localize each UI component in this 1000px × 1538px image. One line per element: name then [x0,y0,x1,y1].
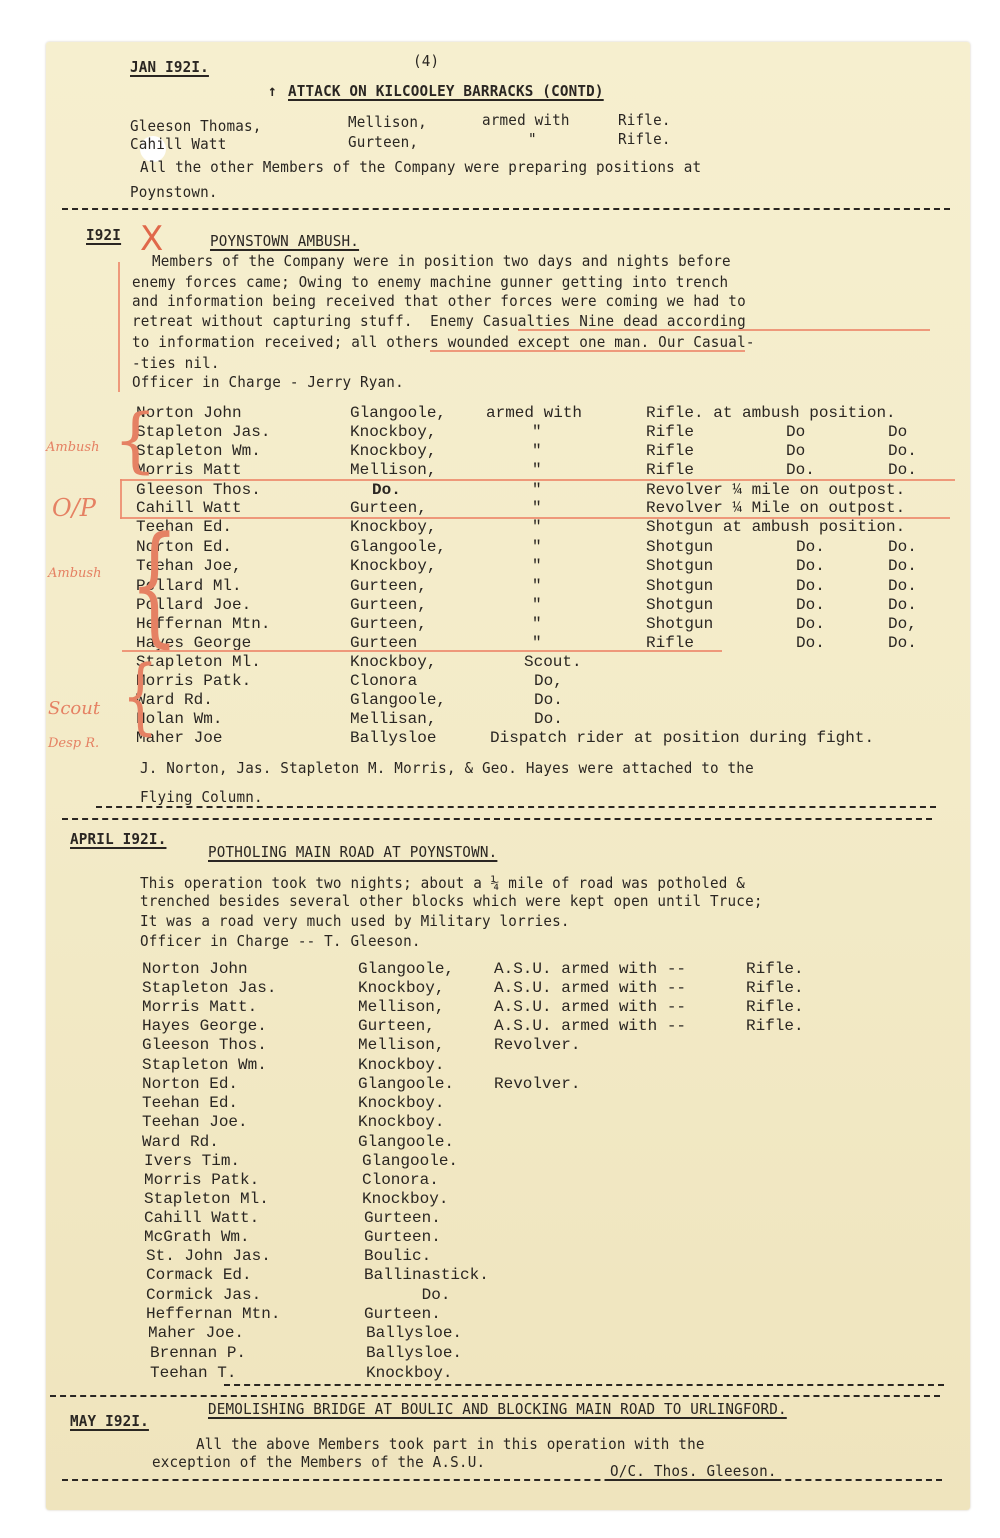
table-row: Stapleton Wm.Knockboy. [0,1056,1000,1075]
red-box-bottom [120,517,950,519]
margin-note-ambush: Ambush [48,566,101,581]
table-row: Gleeson Thos.Mellison,Revolver. [0,1036,1000,1055]
jan-title: ATTACK ON KILCOOLEY BARRACKS (CONTD) [288,82,604,101]
may-line2: exception of the Members of the A.S.U. [152,1453,485,1472]
red-box-top [120,479,955,481]
red-underline [518,329,930,331]
table-row: St. John Jas.Boulic. [0,1247,1000,1266]
margin-note-op: O/P [52,494,96,522]
table-row: Cahill Watt.Gurteen. [0,1209,1000,1228]
table-row: Norton Ed.Glangoole.Revolver. [0,1075,1000,1094]
table-row: Morris Patk.Clonora. [0,1171,1000,1190]
flying-column-line1: J. Norton, Jas. Stapleton M. Morris, & G… [140,759,754,778]
margin-note-ambush: Ambush [46,440,99,455]
red-brace: { [113,400,158,480]
divider [224,1384,944,1386]
april-date: APRIL I92I. [70,830,166,849]
divider [50,1395,940,1397]
table-row: Teehan Joe.Knockboy. [0,1113,1000,1132]
table-row: Morris Matt.Mellison,A.S.U. armed with -… [0,998,1000,1017]
red-brace: { [122,652,159,742]
may-title: DEMOLISHING BRIDGE AT BOULIC AND BLOCKIN… [208,1400,787,1419]
table-row: Stapleton Ml.Knockboy. [0,1190,1000,1209]
divider [96,806,936,808]
april-officer: Officer in Charge -- T. Gleeson. [140,932,421,951]
table-row: Cormick Jas. Do. [0,1286,1000,1305]
table-row: Brennan P.Ballysloe. [0,1344,1000,1363]
table-row: McGrath Wm.Gurteen. [0,1228,1000,1247]
red-separator [122,650,722,652]
jan-date: JAN I92I. [130,58,209,77]
divider [62,1479,942,1481]
arrow-mark-icon: ↑ [268,82,277,101]
table-row: Gleeson Thos.Do."Revolver ¼ mile on outp… [0,481,1000,500]
jan-note-line2: Poynstown. [130,183,218,202]
may-date: MAY I92I. [70,1412,149,1431]
jan-note-line1: All the other Members of the Company wer… [140,158,701,177]
table-row: Hayes George.Gurteen,A.S.U. armed with -… [0,1017,1000,1036]
ambush-date: I92I [86,226,121,245]
april-title: POTHOLING MAIN ROAD AT POYNSTOWN. [208,843,497,862]
margin-note-despatch: Desp R. [48,736,99,751]
table-row: Teehan Ed.Knockboy. [0,1094,1000,1113]
table-row: Stapleton Jas.Knockboy,A.S.U. armed with… [0,979,1000,998]
flying-column-line2: Flying Column. [140,788,263,807]
ambush-officer: Officer in Charge - Jerry Ryan. [132,373,404,392]
table-row: Teehan T.Knockboy. [0,1364,1000,1383]
divider [62,208,950,210]
page-number: (4) [413,52,439,71]
red-brace: { [130,514,180,654]
red-underline [430,350,745,352]
margin-note-scout: Scout [48,698,100,719]
table-row: Ivers Tim.Glangoole. [0,1152,1000,1171]
red-box-left [120,479,122,519]
divider [62,818,932,820]
table-row: Heffernan Mtn.Gurteen. [0,1305,1000,1324]
ambush-title: POYNSTOWN AMBUSH. [210,232,359,251]
may-line1: All the above Members took part in this … [196,1435,705,1454]
red-margin-line [118,262,120,392]
table-row: Maher Joe.Ballysloe. [0,1324,1000,1343]
table-row: Norton JohnGlangoole,A.S.U. armed with -… [0,960,1000,979]
table-row: Ward Rd.Glangoole. [0,1133,1000,1152]
table-row: Cormack Ed.Ballinastick. [0,1266,1000,1285]
